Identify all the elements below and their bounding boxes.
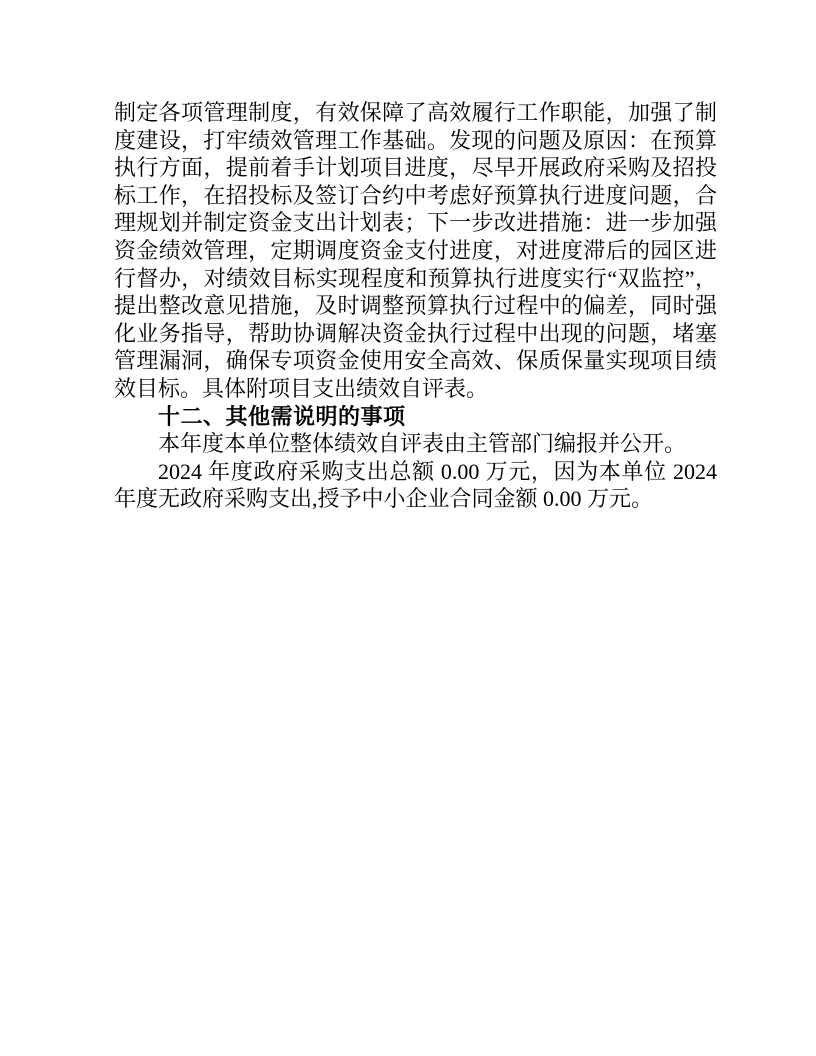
paragraph-line: 化业务指导，帮助协调解决资金执行过程中出现的问题，堵塞 bbox=[114, 320, 717, 348]
paragraph-line: 本年度本单位整体绩效自评表由主管部门编报并公开。 bbox=[114, 430, 717, 458]
paragraph-line: 管理漏洞，确保专项资金使用安全高效、保质保量实现项目绩 bbox=[114, 347, 717, 375]
paragraph-line: 行督办，对绩效目标实现程度和预算执行进度实行“双监控”， bbox=[114, 265, 717, 293]
paragraph-line: 度建设，打牢绩效管理工作基础。发现的问题及原因：在预算 bbox=[114, 127, 717, 155]
paragraph-line: 效目标。具体附项目支出绩效自评表。 bbox=[114, 375, 717, 403]
document-page: 制定各项管理制度，有效保障了高效履行工作职能，加强了制 度建设，打牢绩效管理工作… bbox=[0, 0, 816, 1056]
paragraph-line: 制定各项管理制度，有效保障了高效履行工作职能，加强了制 bbox=[114, 99, 717, 127]
paragraph-line: 2024 年度政府采购支出总额 0.00 万元，因为本单位 2024 bbox=[114, 458, 717, 486]
paragraph-line: 理规划并制定资金支出计划表；下一步改进措施：进一步加强 bbox=[114, 209, 717, 237]
paragraph-line: 标工作，在招投标及签订合约中考虑好预算执行进度问题，合 bbox=[114, 182, 717, 210]
section-heading: 十二、其他需说明的事项 bbox=[114, 403, 717, 431]
paragraph-line: 提出整改意见措施，及时调整预算执行过程中的偏差，同时强 bbox=[114, 292, 717, 320]
paragraph-line: 资金绩效管理，定期调度资金支付进度，对进度滞后的园区进 bbox=[114, 237, 717, 265]
paragraph-line: 年度无政府采购支出,授予中小企业合同金额 0.00 万元。 bbox=[114, 485, 717, 513]
document-body: 制定各项管理制度，有效保障了高效履行工作职能，加强了制 度建设，打牢绩效管理工作… bbox=[114, 99, 717, 513]
paragraph-line: 执行方面，提前着手计划项目进度，尽早开展政府采购及招投 bbox=[114, 154, 717, 182]
